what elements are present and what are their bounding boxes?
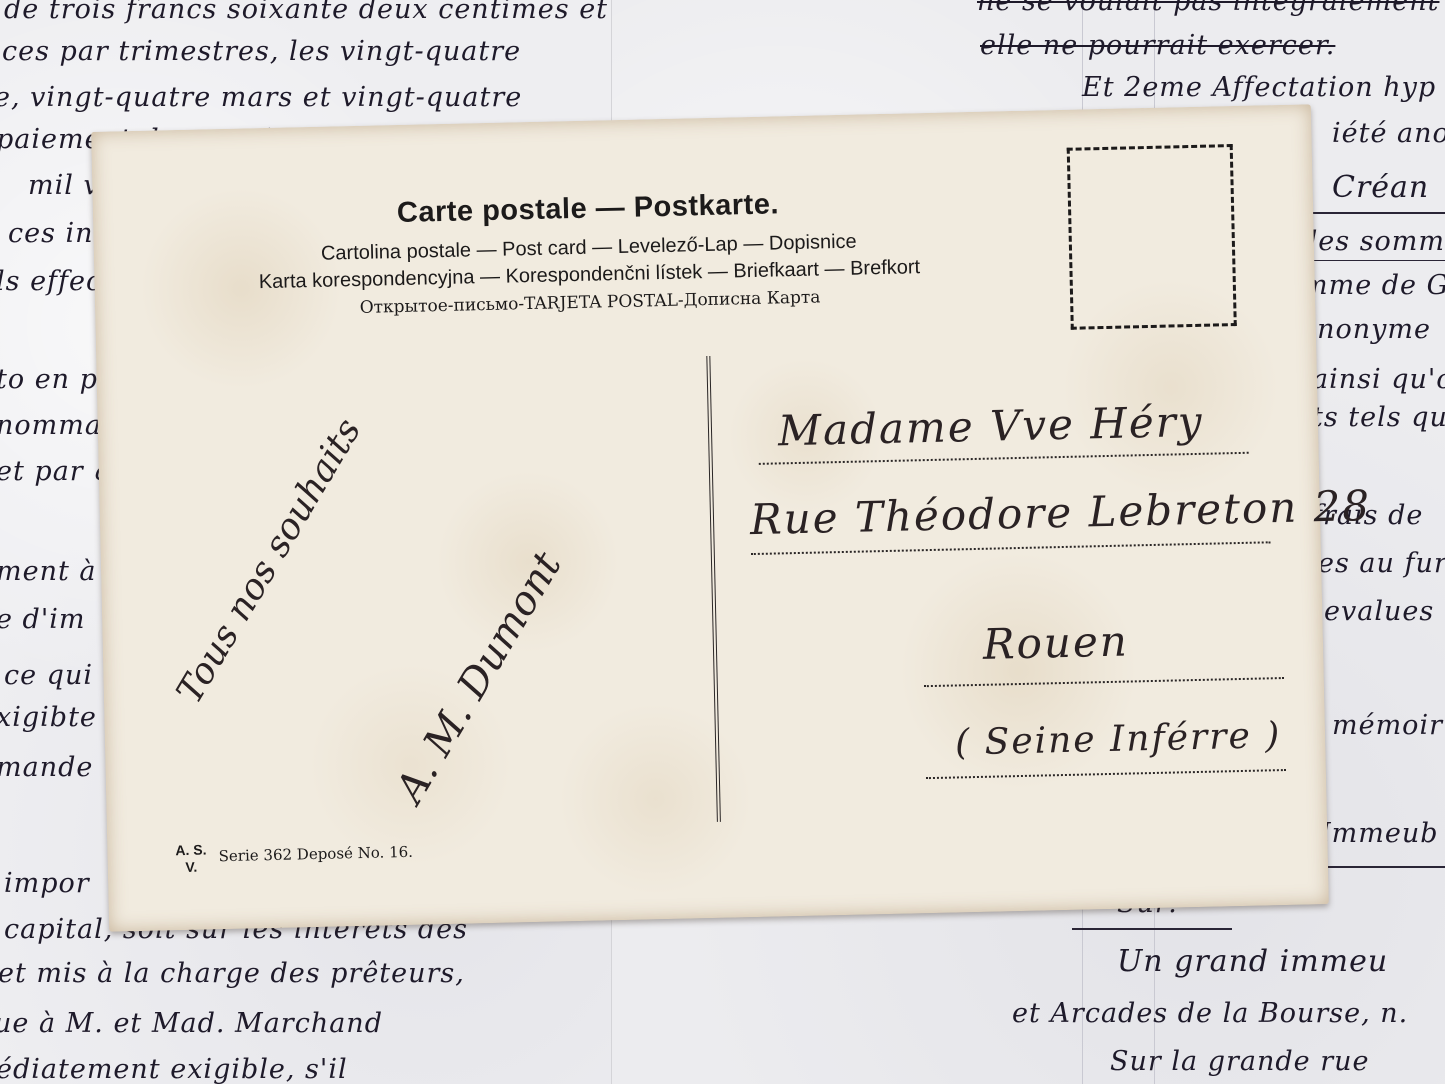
handwritten-line: de trois francs soixante deux centimes e… <box>4 0 608 25</box>
handwritten-line: et mis à la charge des prêteurs, <box>0 958 465 989</box>
handwritten-line: ces par trimestres, les vingt-quatre <box>2 36 521 67</box>
address-dotted-line <box>751 541 1271 555</box>
address-dotted-line <box>924 677 1284 687</box>
handwritten-line: mil v <box>28 170 100 201</box>
handwritten-line: Sur la grande rue <box>1110 1046 1370 1077</box>
handwritten-line: Un grand immeu <box>1117 944 1388 979</box>
handwritten-line: e, vingt-quatre mars et vingt-quatre <box>0 82 522 113</box>
handwritten-line: et par q <box>0 456 112 487</box>
handwritten-line: es au fur <box>1318 548 1445 579</box>
handwritten-line: nomma <box>0 410 102 441</box>
address-department: ( Seine Inférre ) <box>955 715 1282 763</box>
handwritten-line: des somm <box>1300 226 1445 257</box>
series-number: Serie 362 Deposé No. 16. <box>218 843 413 865</box>
postcard: Carte postale — Postkarte. Cartolina pos… <box>91 104 1329 931</box>
underline-rule <box>1292 260 1445 261</box>
publisher-mark-top: A. S. <box>175 842 207 860</box>
handwritten-signature: A. M. Dumont <box>387 544 571 810</box>
handwritten-line: xigibte <box>0 702 97 733</box>
handwritten-line: et Arcades de la Bourse, n. <box>1012 998 1408 1029</box>
handwritten-line: ment à <box>0 556 97 587</box>
address-street: Rue Théodore Lebreton 28 <box>749 481 1371 544</box>
handwritten-line: e d'im <box>0 604 86 635</box>
handwritten-line: iété anonym <box>1332 118 1445 149</box>
stamp-placeholder-box <box>1067 144 1237 330</box>
handwritten-line: ts tels qu <box>1312 402 1445 433</box>
handwritten-line: Immeub <box>1320 818 1439 849</box>
publisher-mark-bottom: V. <box>176 859 208 877</box>
handwritten-line: impor <box>4 868 90 899</box>
handwritten-line: ainsi qu'on <box>1312 364 1445 395</box>
handwritten-line: Et 2eme Affectation hyp <box>1082 72 1436 103</box>
handwritten-line: to en pr <box>0 364 112 395</box>
underline-rule <box>1320 866 1445 868</box>
address-dotted-line <box>926 769 1286 779</box>
handwritten-line: mme de G <box>1302 270 1445 301</box>
handwritten-line: Créan <box>1332 170 1429 205</box>
handwritten-message: Tous nos souhaits <box>169 412 369 711</box>
handwritten-line: ls effec <box>0 266 102 297</box>
handwritten-line: anonyme <box>1300 314 1431 345</box>
handwritten-line: mande <box>0 752 93 783</box>
handwritten-line: evalues <box>1324 596 1434 627</box>
address-recipient: Madame Vve Héry <box>777 397 1204 456</box>
address-city: Rouen <box>982 617 1129 669</box>
underline-rule <box>1072 928 1232 930</box>
handwritten-line: ne se voulait pas intégralement <box>977 0 1439 17</box>
handwritten-line: mémoir <box>1332 710 1443 741</box>
publisher-mark: A. S. V. <box>175 842 207 877</box>
handwritten-line: ce qui <box>4 660 93 691</box>
handwritten-line: édiatement exigible, s'il <box>0 1054 348 1084</box>
underline-rule <box>1298 212 1445 214</box>
center-divider-line <box>706 356 721 822</box>
publisher-imprint: A. S. V. Serie 362 Deposé No. 16. <box>175 837 413 876</box>
handwritten-line: ue à M. et Mad. Marchand <box>0 1008 383 1039</box>
handwritten-line: elle ne pourrait exercer. <box>980 30 1335 61</box>
